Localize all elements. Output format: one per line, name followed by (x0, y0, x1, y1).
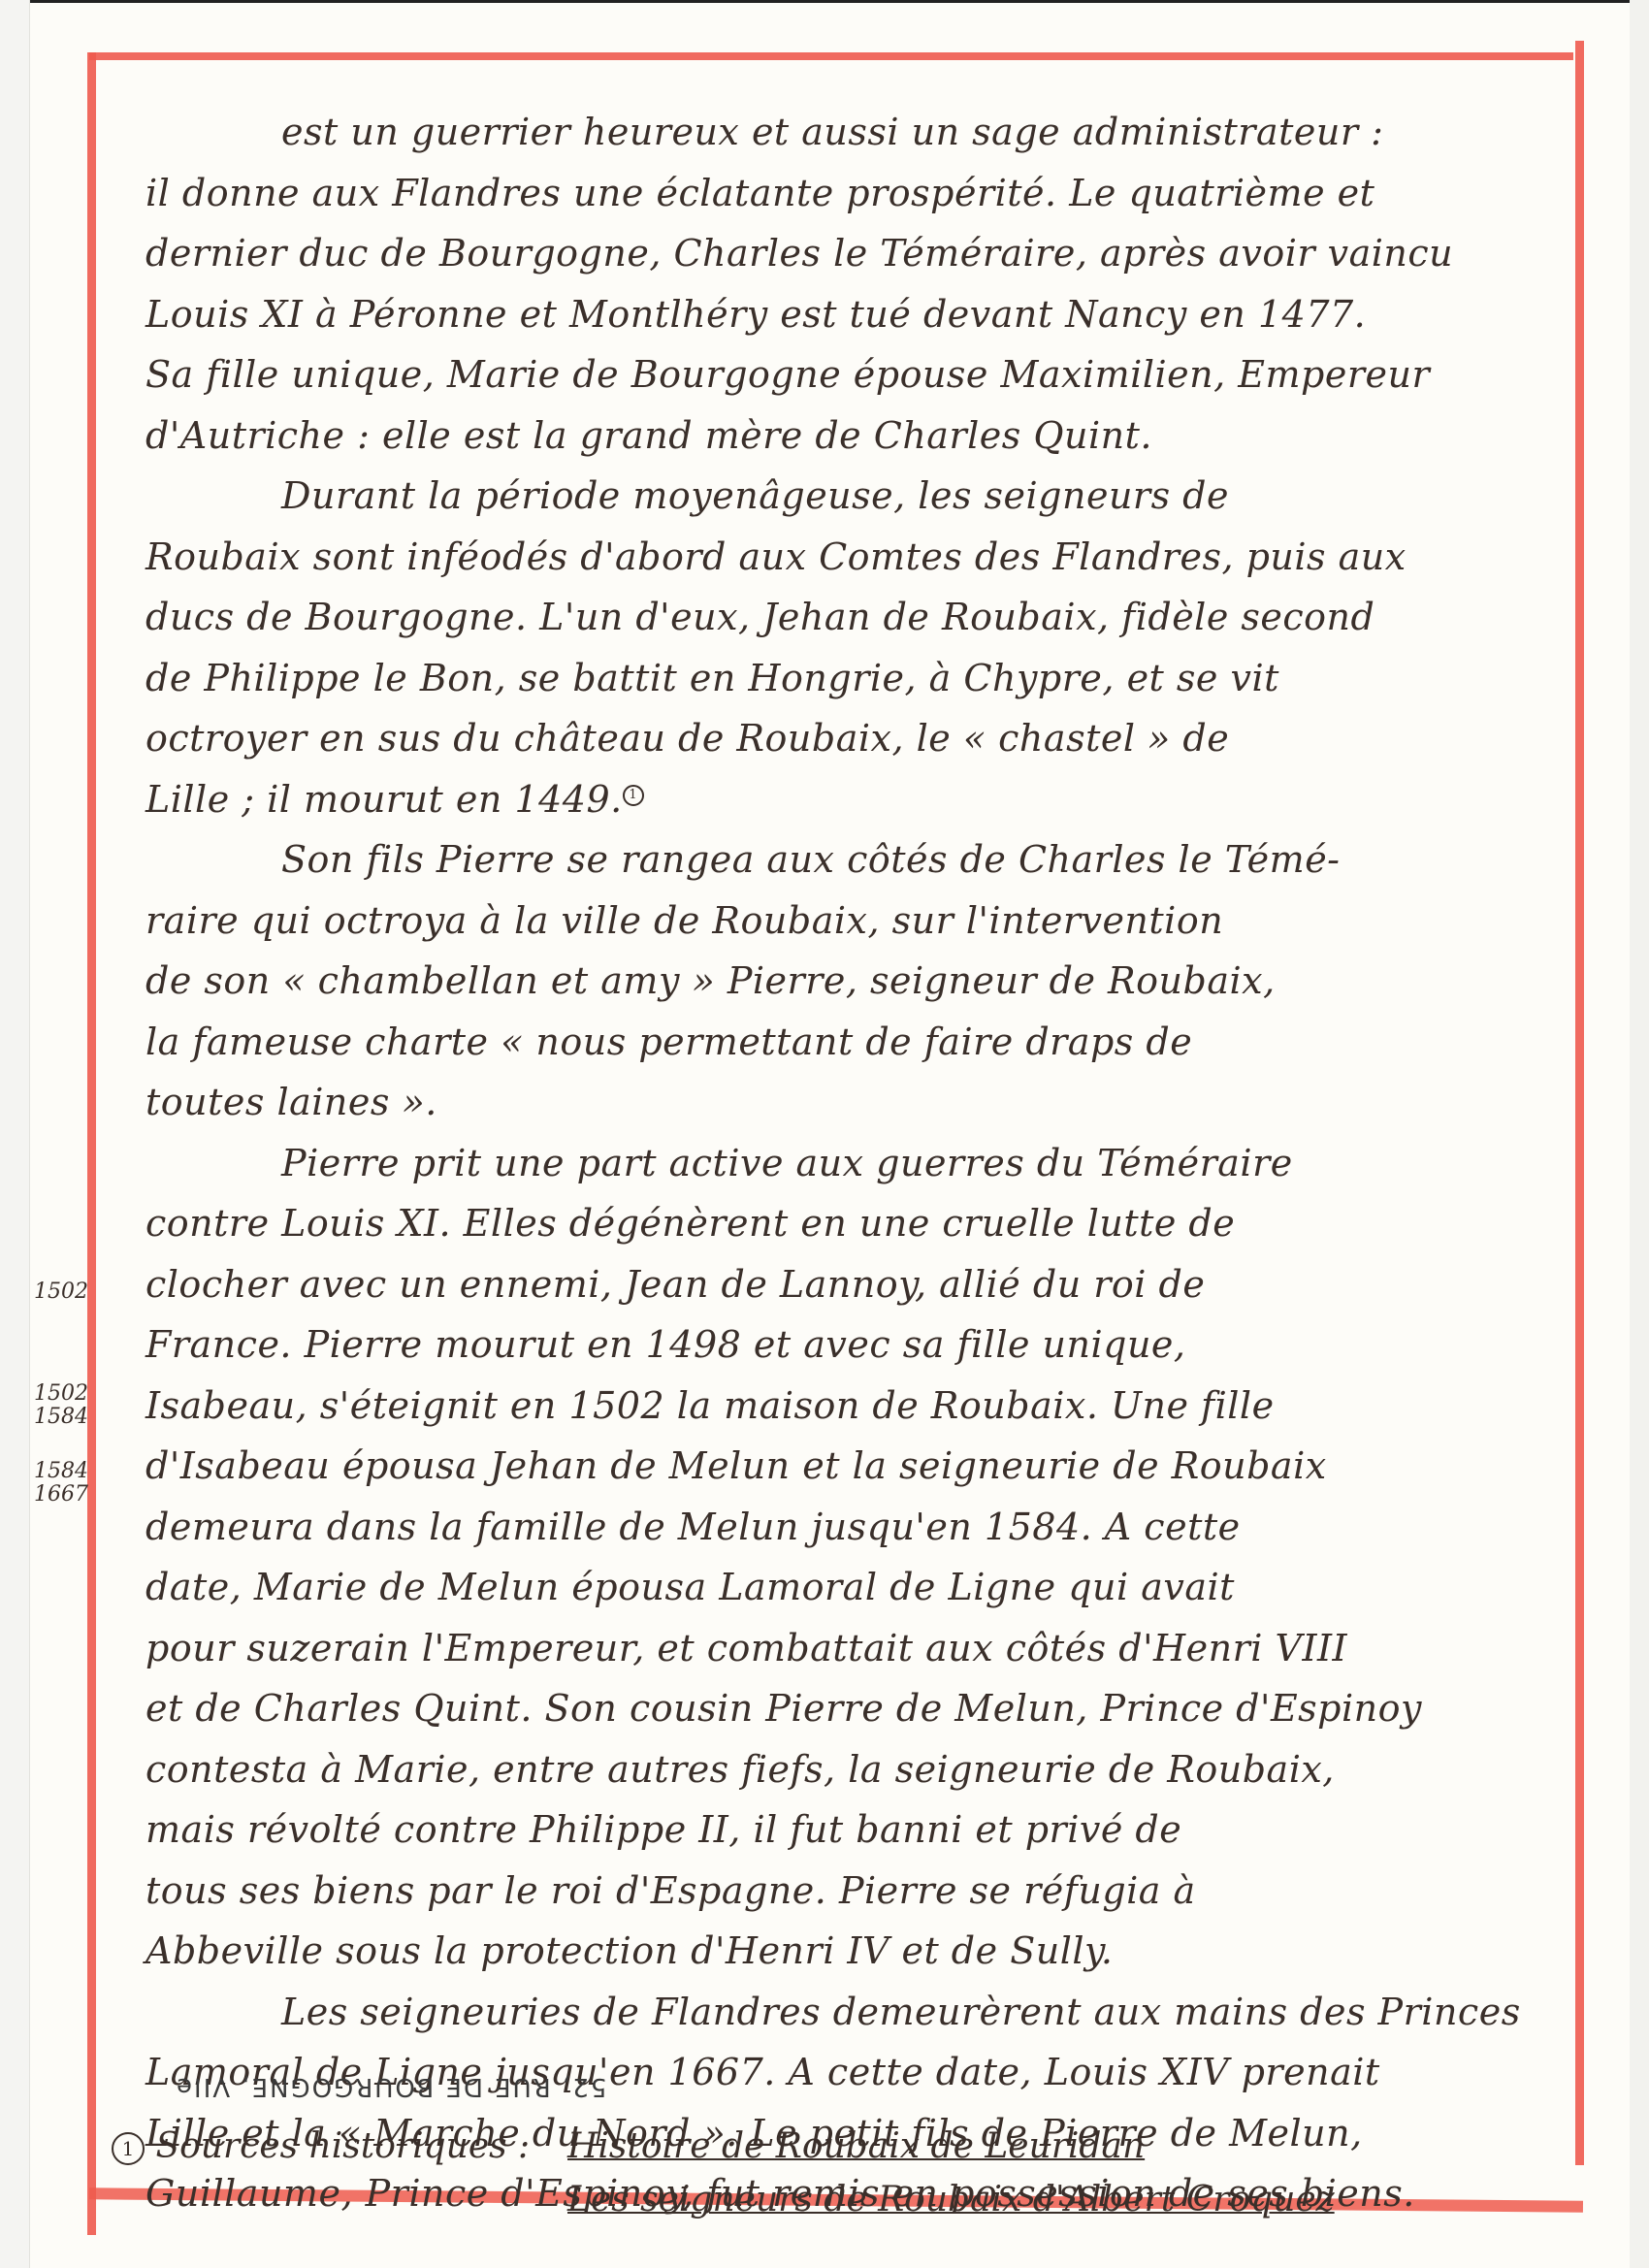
text-line: d'Autriche : elle est la grand mère de C… (145, 405, 1562, 467)
text-line: pour suzerain l'Empereur, et combattait … (145, 1618, 1562, 1679)
letterhead-showthrough: 52, RUE DE BOURGOGNE, VIIe (175, 2072, 606, 2101)
footnote-row: Les seigneurs de Roubaix d'Albert Croque… (112, 2173, 1615, 2226)
red-border-left (87, 52, 96, 2235)
footnote: 1 Sources historiques : Histoire de Roub… (112, 2120, 1615, 2226)
text-line: toutes laines ». (145, 1072, 1562, 1133)
red-border-top (89, 52, 1573, 60)
text-line: d'Isabeau épousa Jehan de Melun et la se… (145, 1436, 1562, 1497)
footnote-source: Les seigneurs de Roubaix d'Albert Croque… (567, 2180, 1335, 2219)
handwritten-body: est un guerrier heureux et aussi un sage… (145, 102, 1562, 2224)
text-line: tous ses biens par le roi d'Espagne. Pie… (145, 1861, 1562, 1922)
text-line: Son fils Pierre se rangea aux côtés de C… (145, 829, 1562, 891)
text-line: contesta à Marie, entre autres fiefs, la… (145, 1739, 1562, 1800)
text-line: Isabeau, s'éteignit en 1502 la maison de… (145, 1376, 1562, 1437)
red-border-right (1575, 41, 1584, 2165)
scan-edge-right (1630, 0, 1649, 2268)
footnote-ref-marker: 1 (623, 785, 644, 806)
text-line: raire qui octroya à la ville de Roubaix,… (145, 891, 1562, 952)
text-line: Durant la période moyenâgeuse, les seign… (145, 466, 1562, 527)
footnote-label: Sources historiques : (155, 2126, 530, 2166)
footnote-marker: 1 (112, 2132, 145, 2165)
text-line: mais révolté contre Philippe II, il fut … (145, 1799, 1562, 1861)
text-line: Les seigneuries de Flandres demeurèrent … (145, 1982, 1562, 2043)
scan-edge-left (0, 0, 30, 2268)
text-line: France. Pierre mourut en 1498 et avec sa… (145, 1314, 1562, 1376)
text-line: la fameuse charte « nous permettant de f… (145, 1012, 1562, 1073)
scan-edge-top (0, 0, 1649, 3)
text-line: et de Charles Quint. Son cousin Pierre d… (145, 1678, 1562, 1739)
text-line-content: Lille ; il mourut en 1449. (145, 778, 623, 821)
footnote-label-group: 1 Sources historiques : (112, 2120, 567, 2173)
text-line: de son « chambellan et amy » Pierre, sei… (145, 951, 1562, 1012)
footnote-row: 1 Sources historiques : Histoire de Roub… (112, 2120, 1615, 2173)
text-line: Louis XI à Péronne et Montlhéry est tué … (145, 284, 1562, 345)
text-line: clocher avec un ennemi, Jean de Lannoy, … (145, 1254, 1562, 1315)
text-line: ducs de Bourgogne. L'un d'eux, Jehan de … (145, 587, 1562, 648)
margin-note-date-range: 1584 1667 (34, 1460, 88, 1507)
text-line: date, Marie de Melun épousa Lamoral de L… (145, 1557, 1562, 1618)
text-line: dernier duc de Bourgogne, Charles le Tém… (145, 223, 1562, 284)
footnote-source: Histoire de Roubaix de Leuridan (567, 2126, 1145, 2166)
text-line: de Philippe le Bon, se battit en Hongrie… (145, 648, 1562, 709)
text-line: est un guerrier heureux et aussi un sage… (145, 102, 1562, 163)
text-line: Lille ; il mourut en 1449.1 (145, 769, 1562, 830)
text-line: octroyer en sus du château de Roubaix, l… (145, 708, 1562, 769)
text-line: il donne aux Flandres une éclatante pros… (145, 163, 1562, 224)
margin-note-date-range: 1502 1584 (34, 1382, 88, 1429)
margin-note-date: 1502 (34, 1280, 88, 1304)
text-line: Roubaix sont inféodés d'abord aux Comtes… (145, 527, 1562, 588)
text-line: contre Louis XI. Elles dégénèrent en une… (145, 1193, 1562, 1254)
text-line: Sa fille unique, Marie de Bourgogne épou… (145, 344, 1562, 405)
text-line: Pierre prit une part active aux guerres … (145, 1133, 1562, 1194)
text-line: demeura dans la famille de Melun jusqu'e… (145, 1497, 1562, 1558)
text-line: Abbeville sous la protection d'Henri IV … (145, 1921, 1562, 1982)
